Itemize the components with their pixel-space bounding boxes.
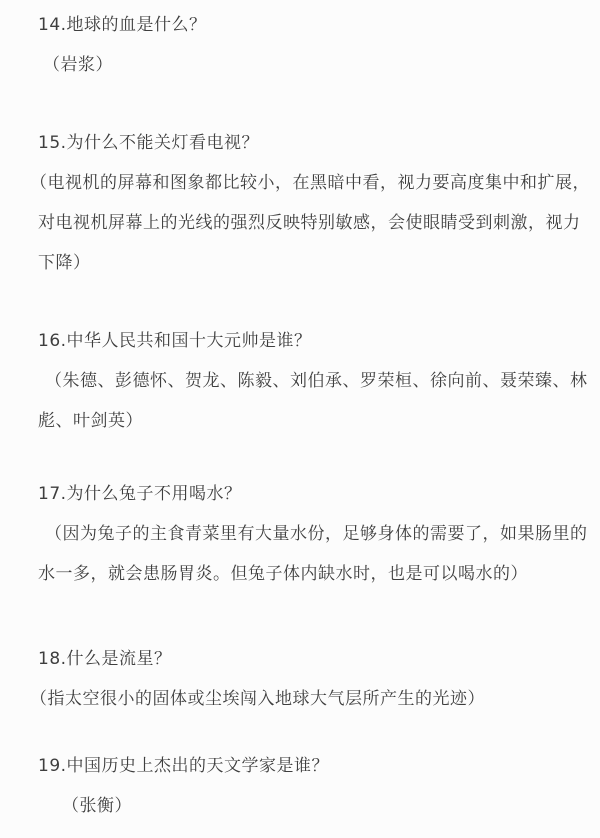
answer-15-line-1: （电视机的屏幕和图象都比较小，在黑暗中看，视力要高度集中和扩展， <box>30 163 574 203</box>
answer-16-line-2: 彪、叶剑英） <box>38 401 574 441</box>
answer-18-text: （指太空很小的固体或尘埃闯入地球大气层所产生的光迹） <box>30 679 574 719</box>
answer-19-text: （张衡） <box>62 786 574 826</box>
question-17-text: 17.为什么兔子不用喝水？ <box>38 474 574 514</box>
answer-17-line-2: 水一多，就会患肠胃炎。但兔子体内缺水时，也是可以喝水的） <box>38 554 574 594</box>
question-18-text: 18.什么是流星？ <box>38 639 574 679</box>
answer-17-line-1: （因为兔子的主食青菜里有大量水份，足够身体的需要了，如果肠里的 <box>45 514 574 554</box>
answer-16-line-1: （朱德、彭德怀、贺龙、陈毅、刘伯承、罗荣桓、徐向前、聂荣臻、林 <box>45 361 574 401</box>
question-19-text: 19.中国历史上杰出的天文学家是谁？ <box>38 746 574 786</box>
question-14-text: 14.地球的血是什么？ <box>38 5 574 45</box>
answer-15-line-3: 下降） <box>38 243 574 283</box>
document-page: 14.地球的血是什么？ （岩浆） 15.为什么不能关灯看电视？ （电视机的屏幕和… <box>0 0 600 838</box>
question-16-text: 16.中华人民共和国十大元帅是谁？ <box>38 321 574 361</box>
answer-15-line-2: 对电视机屏幕上的光线的强烈反映特别敏感，会使眼睛受到刺激，视力 <box>38 203 574 243</box>
answer-14-text: （岩浆） <box>43 45 574 85</box>
question-15-text: 15.为什么不能关灯看电视？ <box>38 123 574 163</box>
